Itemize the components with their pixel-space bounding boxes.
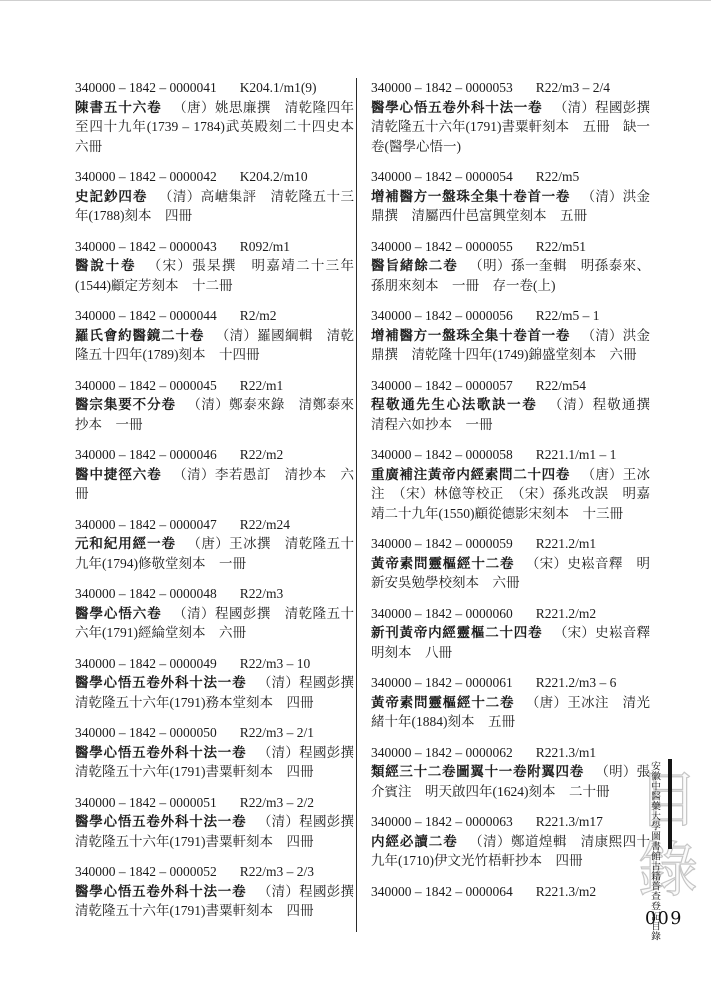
entry-call-number: R221.1/m1 – 1 (536, 447, 617, 462)
catalog-entry: 340000 – 1842 – 0000048R22/m3醫學心悟六卷（清）程國… (75, 584, 354, 643)
entry-call-number: R22/m24 (240, 517, 290, 532)
catalog-entry: 340000 – 1842 – 0000042K204.2/m10史記鈔四卷（清… (75, 167, 354, 226)
entry-call-number: R22/m3 – 2/3 (240, 864, 314, 879)
entry-id: 340000 – 1842 – 0000060 (371, 606, 513, 621)
entry-call-number: R221.2/m1 (536, 536, 596, 551)
entry-call-number: R22/m2 (240, 447, 284, 462)
catalog-entry: 340000 – 1842 – 0000057R22/m54程敬通先生心法歌訣一… (371, 376, 650, 435)
entry-title: 醫旨緒餘二卷 (371, 258, 458, 273)
catalog-entry: 340000 – 1842 – 0000060R221.2/m2新刊黃帝内經靈樞… (371, 604, 650, 663)
catalog-entry: 340000 – 1842 – 0000050R22/m3 – 2/1醫學心悟五… (75, 723, 354, 782)
entry-id-line: 340000 – 1842 – 0000044R2/m2 (75, 306, 354, 326)
entry-body: 黃帝素問靈樞經十二卷（唐）王冰注 清光緒十年(1884)刻本 五冊 (371, 693, 650, 732)
entry-title: 醫說十卷 (75, 258, 136, 273)
entry-body: 增補醫方一盤珠全集十卷首一卷（清）洪金鼎撰 清乾隆十四年(1749)錦盛堂刻本 … (371, 326, 650, 365)
entry-call-number: R221.2/m3 – 6 (536, 675, 617, 690)
entry-body: 醫說十卷（宋）張杲撰 明嘉靖二十三年(1544)顧定芳刻本 十二冊 (75, 256, 354, 295)
entry-id: 340000 – 1842 – 0000056 (371, 308, 513, 323)
column-divider (356, 78, 357, 932)
right-column: 340000 – 1842 – 0000053R22/m3 – 2/4醫學心悟五… (371, 78, 650, 932)
entry-body: 醫學心悟五卷外科十法一卷（清）程國彭撰 清乾隆五十六年(1791)務本堂刻本 四… (75, 673, 354, 712)
entry-title: 陳書五十六卷 (75, 100, 162, 115)
entry-title: 史記鈔四卷 (75, 189, 147, 204)
entry-title: 内經必讀二卷 (371, 834, 458, 849)
entry-id-line: 340000 – 1842 – 0000049R22/m3 – 10 (75, 654, 354, 674)
entry-call-number: R22/m3 – 2/1 (240, 725, 314, 740)
entry-id: 340000 – 1842 – 0000054 (371, 169, 513, 184)
entry-id: 340000 – 1842 – 0000042 (75, 169, 217, 184)
entry-id: 340000 – 1842 – 0000048 (75, 586, 217, 601)
entry-id: 340000 – 1842 – 0000041 (75, 80, 217, 95)
entry-id-line: 340000 – 1842 – 0000058R221.1/m1 – 1 (371, 445, 650, 465)
entry-id-line: 340000 – 1842 – 0000045R22/m1 (75, 376, 354, 396)
entry-title: 程敬通先生心法歌訣一卷 (371, 397, 537, 412)
catalog-entry: 340000 – 1842 – 0000049R22/m3 – 10醫學心悟五卷… (75, 654, 354, 713)
entry-body: 醫學心悟五卷外科十法一卷（清）程國彭撰 清乾隆五十六年(1791)書粟軒刻本 四… (75, 812, 354, 851)
entry-body: 内經必讀二卷（清）鄭道煌輯 清康熙四十九年(1710)伊文光竹梧軒抄本 四冊 (371, 832, 650, 871)
entry-id: 340000 – 1842 – 0000045 (75, 378, 217, 393)
entry-body: 黃帝素問靈樞經十二卷（宋）史崧音釋 明新安吳勉學校刻本 六冊 (371, 554, 650, 593)
entry-title: 增補醫方一盤珠全集十卷首一卷 (371, 328, 570, 343)
entry-title: 類經三十二卷圖翼十一卷附翼四卷 (371, 764, 584, 779)
entry-call-number: R092/m1 (240, 239, 290, 254)
entry-id-line: 340000 – 1842 – 0000060R221.2/m2 (371, 604, 650, 624)
entry-id-line: 340000 – 1842 – 0000062R221.3/m1 (371, 743, 650, 763)
top-rule (0, 0, 711, 1)
entry-call-number: R22/m54 (536, 378, 586, 393)
catalog-entry: 340000 – 1842 – 0000044R2/m2羅氏會約醫鏡二十卷（清）… (75, 306, 354, 365)
entry-body: 元和紀用經一卷（唐）王冰撰 清乾隆五十九年(1794)修敬堂刻本 一冊 (75, 534, 354, 573)
entry-id: 340000 – 1842 – 0000063 (371, 814, 513, 829)
entry-call-number: R221.3/m17 (536, 814, 603, 829)
catalog-entry: 340000 – 1842 – 0000043R092/m1醫說十卷（宋）張杲撰… (75, 237, 354, 296)
entry-title: 醫學心悟五卷外科十法一卷 (75, 745, 246, 760)
entry-call-number: R22/m3 – 2/2 (240, 795, 314, 810)
entry-id-line: 340000 – 1842 – 0000064R221.3/m2 (371, 882, 650, 902)
entry-call-number: R221.2/m2 (536, 606, 596, 621)
entry-id-line: 340000 – 1842 – 0000041K204.1/m1(9) (75, 78, 354, 98)
entry-body: 醫中捷徑六卷（清）李若愚訂 清抄本 六冊 (75, 465, 354, 504)
entry-id-line: 340000 – 1842 – 0000053R22/m3 – 2/4 (371, 78, 650, 98)
entry-call-number: R2/m2 (240, 308, 277, 323)
catalog-entry: 340000 – 1842 – 0000055R22/m51醫旨緒餘二卷（明）孫… (371, 237, 650, 296)
entry-id: 340000 – 1842 – 0000059 (371, 536, 513, 551)
entry-body: 醫學心悟五卷外科十法一卷（清）程國彭撰 清乾隆五十六年(1791)書粟軒刻本 四… (75, 743, 354, 782)
entry-id-line: 340000 – 1842 – 0000055R22/m51 (371, 237, 650, 257)
entry-body: 增補醫方一盤珠全集十卷首一卷（清）洪金鼎撰 清屬西什邑富興堂刻本 五冊 (371, 187, 650, 226)
entry-title: 羅氏會約醫鏡二十卷 (75, 328, 204, 343)
entry-id: 340000 – 1842 – 0000050 (75, 725, 217, 740)
entry-title: 醫學心悟五卷外科十法一卷 (371, 100, 542, 115)
catalog-entry: 340000 – 1842 – 0000046R22/m2醫中捷徑六卷（清）李若… (75, 445, 354, 504)
entry-id: 340000 – 1842 – 0000062 (371, 745, 513, 760)
entry-call-number: R22/m5 (536, 169, 580, 184)
entry-id-line: 340000 – 1842 – 0000042K204.2/m10 (75, 167, 354, 187)
sidebar-rule (668, 759, 672, 849)
catalog-entry: 340000 – 1842 – 0000051R22/m3 – 2/2醫學心悟五… (75, 793, 354, 852)
entry-title: 黃帝素問靈樞經十二卷 (371, 556, 514, 571)
entry-call-number: R22/m51 (536, 239, 586, 254)
catalog-entry: 340000 – 1842 – 0000063R221.3/m17内經必讀二卷（… (371, 812, 650, 871)
entry-body: 醫學心悟六卷（清）程國彭撰 清乾隆五十六年(1791)經綸堂刻本 六冊 (75, 604, 354, 643)
entry-id: 340000 – 1842 – 0000047 (75, 517, 217, 532)
entry-id-line: 340000 – 1842 – 0000051R22/m3 – 2/2 (75, 793, 354, 813)
catalog-entry: 340000 – 1842 – 0000059R221.2/m1黃帝素問靈樞經十… (371, 534, 650, 593)
entry-body: 程敬通先生心法歌訣一卷（清）程敬通撰 清程六如抄本 一冊 (371, 395, 650, 434)
catalog-entry: 340000 – 1842 – 0000062R221.3/m1類經三十二卷圖翼… (371, 743, 650, 802)
entry-body: 醫旨緒餘二卷（明）孫一奎輯 明孫泰來、孫朋來刻本 一冊 存一卷(上) (371, 256, 650, 295)
entry-id: 340000 – 1842 – 0000046 (75, 447, 217, 462)
entry-call-number: R221.3/m1 (536, 745, 596, 760)
entry-id: 340000 – 1842 – 0000051 (75, 795, 217, 810)
catalog-entry: 340000 – 1842 – 0000041K204.1/m1(9)陳書五十六… (75, 78, 354, 156)
entry-id: 340000 – 1842 – 0000043 (75, 239, 217, 254)
entry-id: 340000 – 1842 – 0000064 (371, 884, 513, 899)
entry-body: 陳書五十六卷（唐）姚思廉撰 清乾隆四年至四十九年(1739 – 1784)武英殿… (75, 98, 354, 157)
entry-title: 醫學心悟五卷外科十法一卷 (75, 814, 246, 829)
entry-body: 新刊黃帝内經靈樞二十四卷（宋）史崧音釋 明刻本 八冊 (371, 623, 650, 662)
entry-call-number: R22/m3 – 10 (240, 656, 311, 671)
entry-title: 醫宗集要不分卷 (75, 397, 176, 412)
entry-title: 元和紀用經一卷 (75, 536, 176, 551)
catalog-entry: 340000 – 1842 – 0000061R221.2/m3 – 6黃帝素問… (371, 673, 650, 732)
entry-title: 醫中捷徑六卷 (75, 467, 162, 482)
entry-call-number: K204.1/m1(9) (240, 80, 317, 95)
entry-body: 醫宗集要不分卷（清）鄭泰來錄 清鄭泰來抄本 一冊 (75, 395, 354, 434)
entry-id: 340000 – 1842 – 0000061 (371, 675, 513, 690)
entry-id: 340000 – 1842 – 0000058 (371, 447, 513, 462)
entry-id-line: 340000 – 1842 – 0000046R22/m2 (75, 445, 354, 465)
entry-call-number: R22/m5 – 1 (536, 308, 600, 323)
entry-id-line: 340000 – 1842 – 0000061R221.2/m3 – 6 (371, 673, 650, 693)
entry-call-number: R22/m3 (240, 586, 284, 601)
entry-id-line: 340000 – 1842 – 0000052R22/m3 – 2/3 (75, 862, 354, 882)
entry-id-line: 340000 – 1842 – 0000043R092/m1 (75, 237, 354, 257)
catalog-entry: 340000 – 1842 – 0000045R22/m1醫宗集要不分卷（清）鄭… (75, 376, 354, 435)
entry-id: 340000 – 1842 – 0000044 (75, 308, 217, 323)
entry-title: 新刊黃帝内經靈樞二十四卷 (371, 625, 542, 640)
catalog-entry: 340000 – 1842 – 0000047R22/m24元和紀用經一卷（唐）… (75, 515, 354, 574)
entry-id-line: 340000 – 1842 – 0000050R22/m3 – 2/1 (75, 723, 354, 743)
entry-call-number: R22/m3 – 2/4 (536, 80, 610, 95)
entry-id-line: 340000 – 1842 – 0000059R221.2/m1 (371, 534, 650, 554)
entry-id-line: 340000 – 1842 – 0000056R22/m5 – 1 (371, 306, 650, 326)
entry-body: 醫學心悟五卷外科十法一卷（清）程國彭撰 清乾隆五十六年(1791)書粟軒刻本 五… (371, 98, 650, 157)
catalog-entry: 340000 – 1842 – 0000052R22/m3 – 2/3醫學心悟五… (75, 862, 354, 921)
entry-title: 醫學心悟五卷外科十法一卷 (75, 884, 246, 899)
entry-title: 增補醫方一盤珠全集十卷首一卷 (371, 189, 570, 204)
entry-id-line: 340000 – 1842 – 0000063R221.3/m17 (371, 812, 650, 832)
entry-body: 醫學心悟五卷外科十法一卷（清）程國彭撰 清乾隆五十六年(1791)書粟軒刻本 四… (75, 882, 354, 921)
catalog-entry: 340000 – 1842 – 0000054R22/m5增補醫方一盤珠全集十卷… (371, 167, 650, 226)
catalog-entry: 340000 – 1842 – 0000064R221.3/m2 (371, 882, 650, 902)
catalog-entry: 340000 – 1842 – 0000053R22/m3 – 2/4醫學心悟五… (371, 78, 650, 156)
entry-body: 類經三十二卷圖翼十一卷附翼四卷（明）張介賓注 明天啟四年(1624)刻本 二十冊 (371, 762, 650, 801)
page-number: 009 (645, 909, 683, 929)
entry-id: 340000 – 1842 – 0000055 (371, 239, 513, 254)
entry-id-line: 340000 – 1842 – 0000057R22/m54 (371, 376, 650, 396)
entry-id: 340000 – 1842 – 0000057 (371, 378, 513, 393)
entry-id: 340000 – 1842 – 0000052 (75, 864, 217, 879)
content-columns: 340000 – 1842 – 0000041K204.1/m1(9)陳書五十六… (75, 78, 650, 932)
entry-id: 340000 – 1842 – 0000049 (75, 656, 217, 671)
entry-body: 史記鈔四卷（清）高嵣集評 清乾隆五十三年(1788)刻本 四冊 (75, 187, 354, 226)
entry-body: 羅氏會約醫鏡二十卷（清）羅國綱輯 清乾隆五十四年(1789)刻本 十四冊 (75, 326, 354, 365)
entry-id-line: 340000 – 1842 – 0000047R22/m24 (75, 515, 354, 535)
entry-title: 黃帝素問靈樞經十二卷 (371, 695, 514, 710)
entry-title: 醫學心悟五卷外科十法一卷 (75, 675, 246, 690)
entry-title: 醫學心悟六卷 (75, 606, 162, 621)
left-column: 340000 – 1842 – 0000041K204.1/m1(9)陳書五十六… (75, 78, 354, 932)
entry-body: 重廣補注黃帝内經素問二十四卷（唐）王冰注 （宋）林億等校正 （宋）孫兆改誤 明嘉… (371, 465, 650, 524)
catalog-entry: 340000 – 1842 – 0000056R22/m5 – 1增補醫方一盤珠… (371, 306, 650, 365)
entry-id-line: 340000 – 1842 – 0000048R22/m3 (75, 584, 354, 604)
catalog-page: 340000 – 1842 – 0000041K204.1/m1(9)陳書五十六… (0, 0, 711, 1000)
catalog-entry: 340000 – 1842 – 0000058R221.1/m1 – 1重廣補注… (371, 445, 650, 523)
entry-call-number: R22/m1 (240, 378, 284, 393)
entry-id-line: 340000 – 1842 – 0000054R22/m5 (371, 167, 650, 187)
entry-id: 340000 – 1842 – 0000053 (371, 80, 513, 95)
entry-call-number: K204.2/m10 (240, 169, 308, 184)
entry-title: 重廣補注黃帝内經素問二十四卷 (371, 467, 570, 482)
entry-call-number: R221.3/m2 (536, 884, 596, 899)
